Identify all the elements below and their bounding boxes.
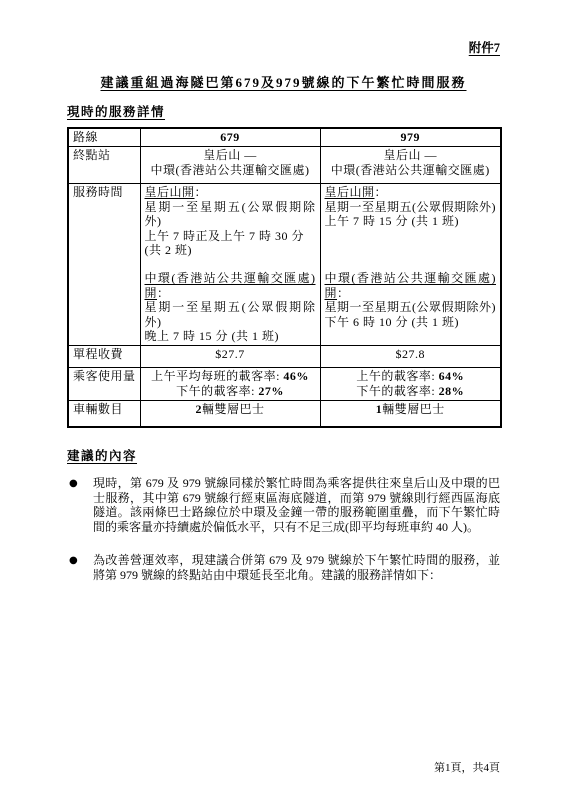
fare-679: $27.7 — [140, 346, 320, 368]
row-header-patronage: 乘客使用量 — [68, 368, 140, 401]
proposal-bullet-list: ● 現時，第 679 及 979 號線同樣於繁忙時間為乘客提供往來皇后山及中環的… — [67, 476, 500, 582]
service-hours-679: 皇后山開： 星期一至星期五(公眾假期除外) 上午 7 時正及上午 7 時 30 … — [140, 184, 320, 346]
table-row-fare: 單程收費 $27.7 $27.8 — [68, 346, 501, 368]
bullet-item-2: ● 為改善營運效率，現建議合併第 679 及 979 號線於下午繁忙時間的服務，… — [67, 553, 500, 582]
row-header-vehicles: 車輛數目 — [68, 401, 140, 428]
patronage-679: 上午平均每班的載客率: 46% 下午的載客率: 27% — [140, 368, 320, 401]
terminus-979: 皇后山 — 中環(香港站公共運輸交匯處) — [320, 147, 501, 184]
page-number: 第1頁，共4頁 — [434, 759, 500, 775]
table-row-service-hours: 服務時間 皇后山開： 星期一至星期五(公眾假期除外) 上午 7 時正及上午 7 … — [68, 184, 501, 346]
annex-line: 附件7 — [67, 38, 500, 56]
table-row-terminus: 終點站 皇后山 — 中環(香港站公共運輸交匯處) 皇后山 — 中環(香港站公共運… — [68, 147, 501, 184]
fare-979: $27.8 — [320, 346, 501, 368]
row-header-terminus: 終點站 — [68, 147, 140, 184]
vehicles-679: 2輛雙層巴士 — [140, 401, 320, 428]
document-title: 建議重組過海隧巴第679及979號線的下午繁忙時間服務 — [67, 72, 500, 91]
bullet-text-2: 為改善營運效率，現建議合併第 679 及 979 號線於下午繁忙時間的服務，並將… — [93, 553, 500, 582]
bullet-icon: ● — [69, 554, 78, 569]
section-heading-current-service: 現時的服務詳情 — [67, 102, 500, 120]
terminus-679: 皇后山 — 中環(香港站公共運輸交匯處) — [140, 147, 320, 184]
annex-label: 附件7 — [469, 41, 500, 55]
route-679: 679 — [140, 128, 320, 147]
document-page: 附件7 建議重組過海隧巴第679及979號線的下午繁忙時間服務 現時的服務詳情 … — [0, 0, 565, 800]
patronage-979: 上午的載客率: 64% 下午的載客率: 28% — [320, 368, 501, 401]
table-row-patronage: 乘客使用量 上午平均每班的載客率: 46% 下午的載客率: 27% 上午的載客率… — [68, 368, 501, 401]
section-heading-proposal: 建議的內容 — [67, 446, 500, 464]
table-row-route: 路線 679 979 — [68, 128, 501, 147]
bullet-icon: ● — [69, 477, 78, 492]
row-header-route: 路線 — [68, 128, 140, 147]
vehicles-979: 1輛雙層巴士 — [320, 401, 501, 428]
service-details-table: 路線 679 979 終點站 皇后山 — 中環(香港站公共運輸交匯處) 皇后山 … — [67, 127, 502, 428]
row-header-service-hours: 服務時間 — [68, 184, 140, 346]
route-979: 979 — [320, 128, 501, 147]
table-row-vehicles: 車輛數目 2輛雙層巴士 1輛雙層巴士 — [68, 401, 501, 428]
bullet-item-1: ● 現時，第 679 及 979 號線同樣於繁忙時間為乘客提供往來皇后山及中環的… — [67, 476, 500, 534]
row-header-fare: 單程收費 — [68, 346, 140, 368]
bullet-text-1: 現時，第 679 及 979 號線同樣於繁忙時間為乘客提供往來皇后山及中環的巴士… — [93, 476, 500, 534]
service-hours-979: 皇后山開： 星期一至星期五(公眾假期除外) 上午 7 時 15 分 (共 1 班… — [320, 184, 501, 346]
